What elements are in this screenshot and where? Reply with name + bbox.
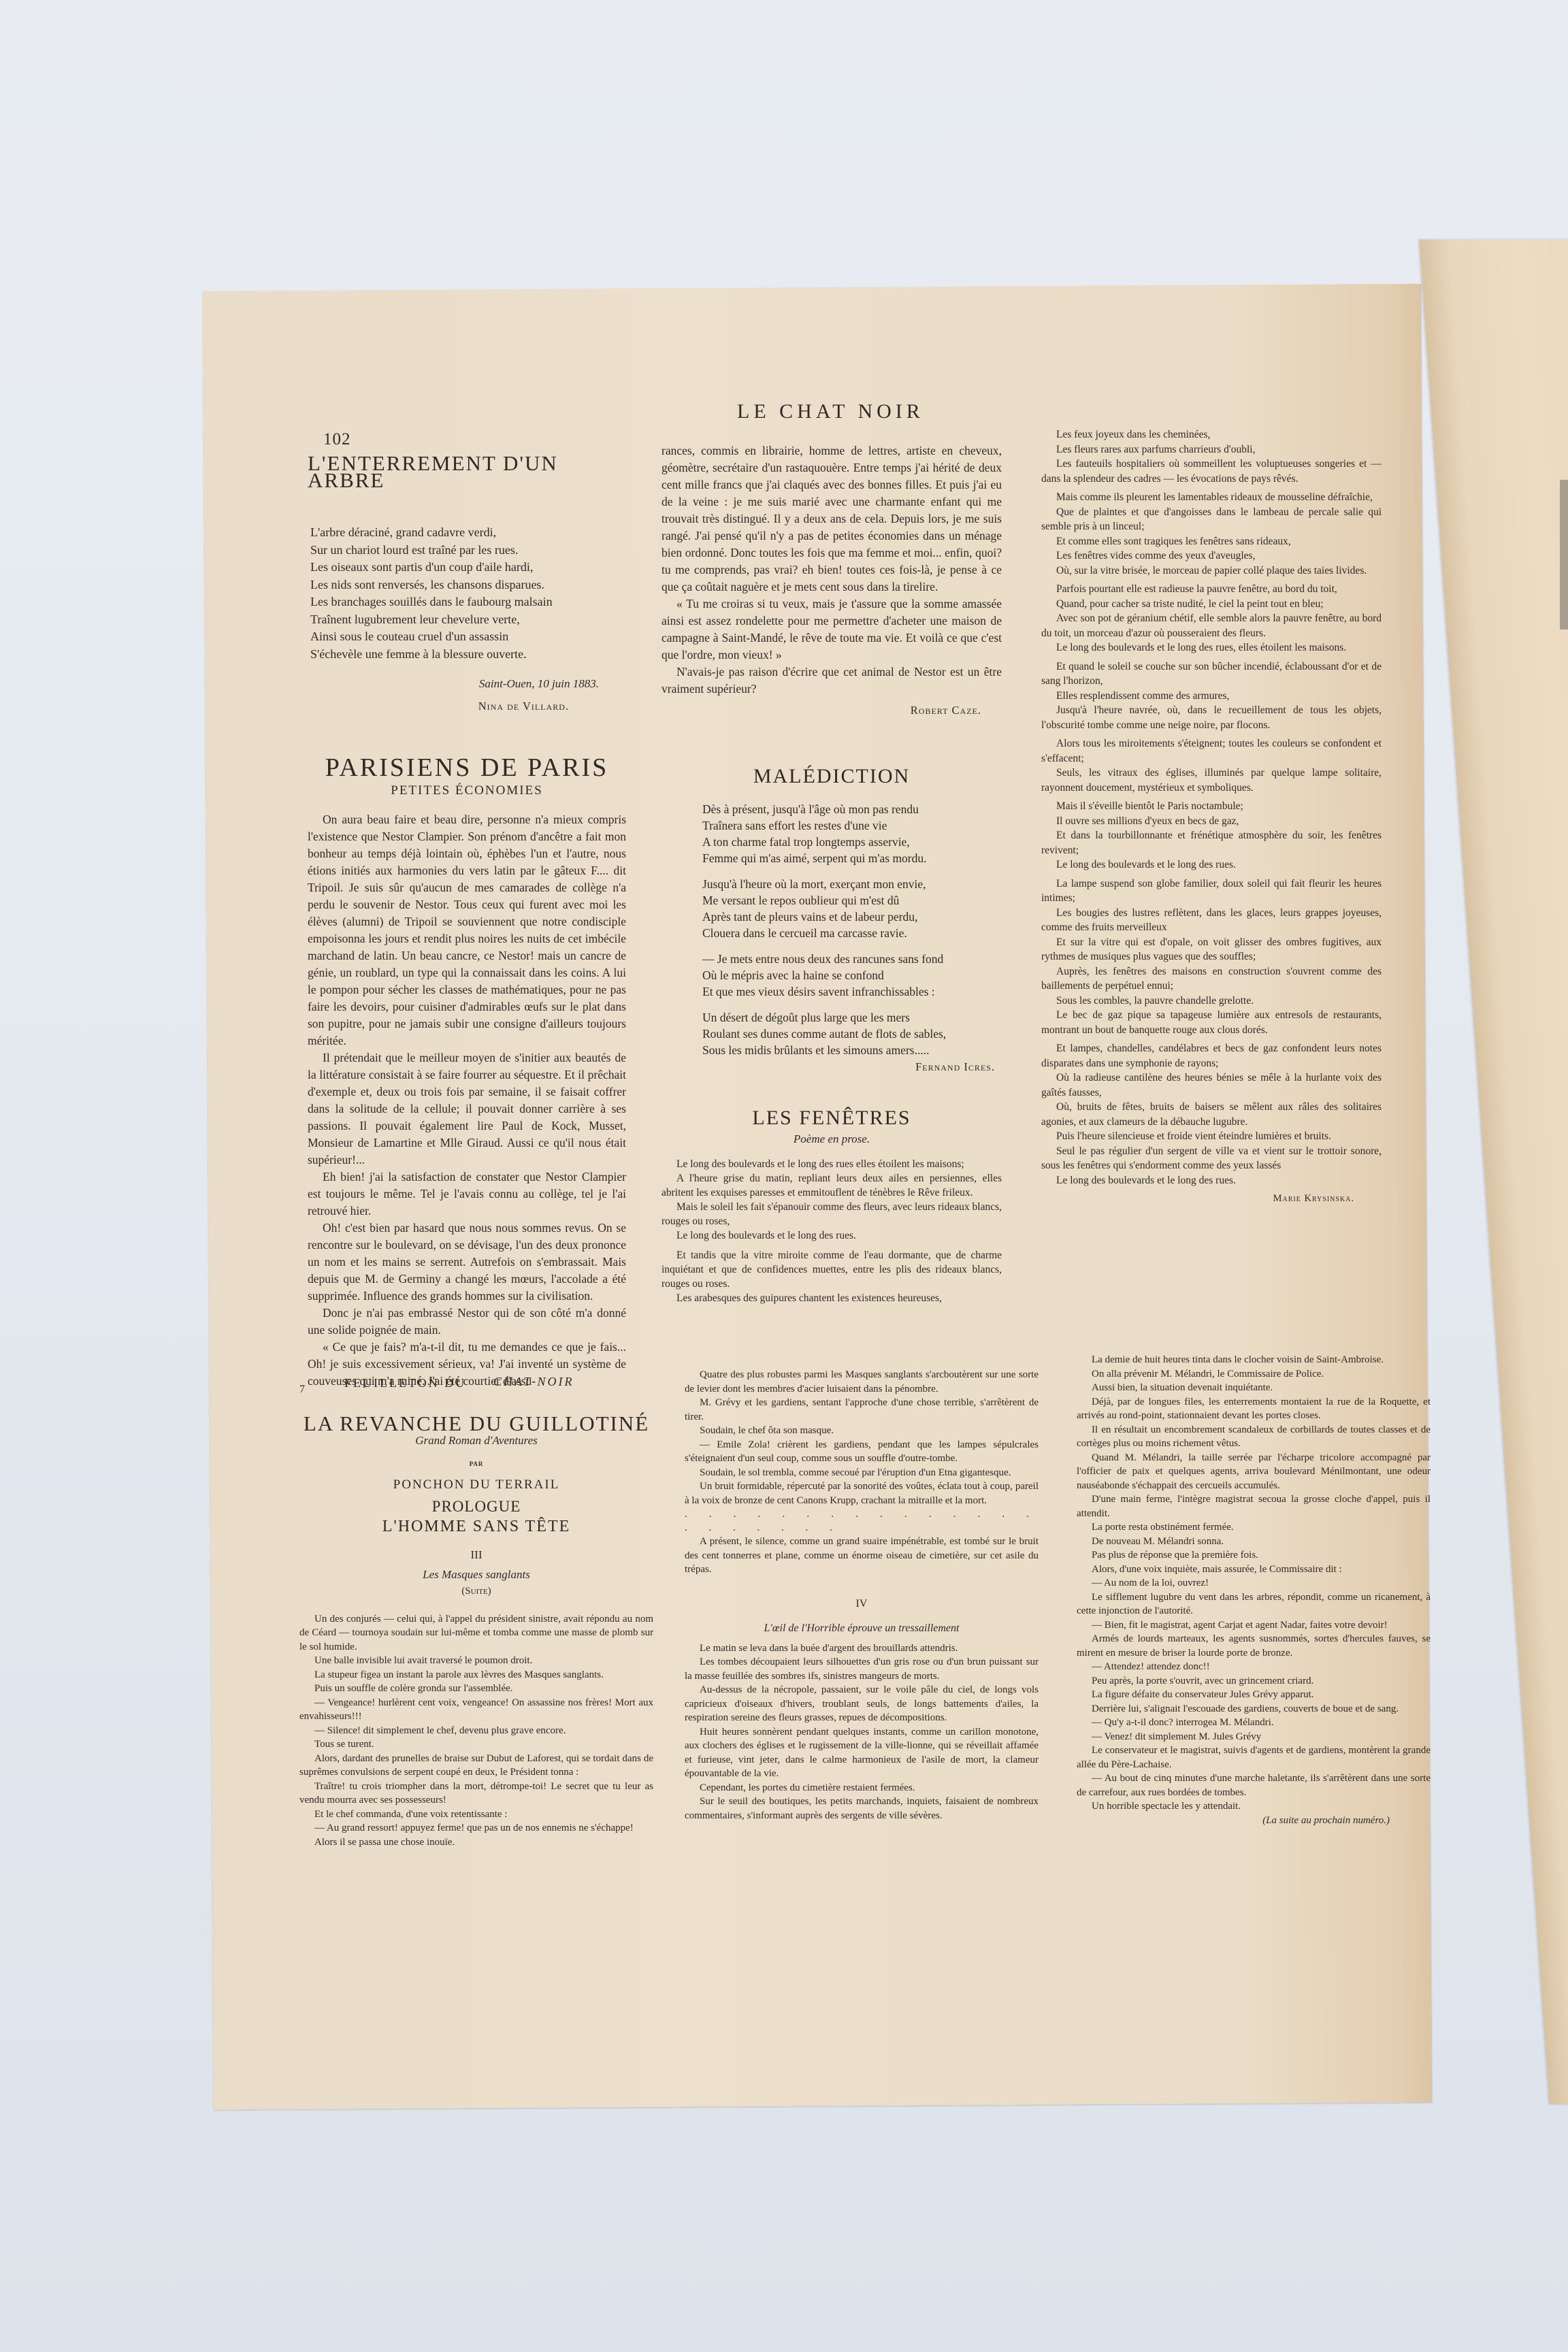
chapter-4-title: L'œil de l'Horrible éprouve un tressaill… bbox=[685, 1622, 1039, 1636]
story-paragraph: Pas plus de réponse que la première fois… bbox=[1077, 1548, 1431, 1563]
poem-line: S'échevèle une femme à la blessure ouver… bbox=[310, 646, 626, 664]
arbre-poem: L'arbre déraciné, grand cadavre verdi, S… bbox=[310, 524, 626, 663]
article-paragraph: Eh bien! j'ai la satisfaction de constat… bbox=[308, 1169, 626, 1220]
feuilleton-par: PAR bbox=[299, 1457, 653, 1471]
story-paragraph: — Au grand ressort! appuyez ferme! que p… bbox=[299, 1821, 653, 1835]
prose-line: Quand, pour cacher sa triste nudité, le … bbox=[1041, 597, 1382, 612]
prose-line: Auprès, les fenêtres des maisons en cons… bbox=[1041, 964, 1382, 994]
prose-line: Parfois pourtant elle est radieuse la pa… bbox=[1041, 582, 1382, 597]
prose-line: Les fenêtres vides comme des yeux d'aveu… bbox=[1041, 549, 1382, 563]
story-paragraph: Aussi bien, la situation devenait inquié… bbox=[1077, 1381, 1431, 1395]
prose-line: Le long des boulevards et le long des ru… bbox=[1041, 857, 1382, 872]
prose-line: A l'heure grise du matin, repliant leurs… bbox=[661, 1171, 1002, 1200]
article-paragraph: On aura beau faire et beau dire, personn… bbox=[308, 811, 626, 1049]
column-1-top: L'ENTERREMENT D'UN ARBRE L'arbre déracin… bbox=[308, 455, 626, 1390]
feuilleton-number: 7 bbox=[299, 1383, 305, 1397]
story-paragraph: — Attendez! attendez donc!! bbox=[1077, 1660, 1431, 1674]
prose-line: Et dans la tourbillonnante et frénétique… bbox=[1041, 828, 1382, 857]
prose-line: Les fauteuils hospitaliers où sommeillen… bbox=[1041, 457, 1382, 486]
story-paragraph: A présent, le silence, comme un grand su… bbox=[685, 1535, 1039, 1577]
chapter-3-suite: (Suite) bbox=[299, 1584, 653, 1599]
story-paragraph: — Venez! dit simplement M. Jules Grévy bbox=[1077, 1730, 1431, 1744]
poem-line: Femme qui m'as aimé, serpent qui m'as mo… bbox=[702, 850, 1002, 866]
fenetres-subtitle: Poème en prose. bbox=[661, 1130, 1002, 1147]
article-paragraph: « Tu me croiras si tu veux, mais je t'as… bbox=[661, 595, 1002, 664]
poem-line: Traînera sans effort les restes d'une vi… bbox=[702, 817, 1002, 834]
prose-line: Et lampes, chandelles, candélabres et be… bbox=[1041, 1041, 1382, 1071]
fenetres-text-col2: Le long des boulevards et le long des ru… bbox=[661, 1157, 1002, 1305]
story-paragraph: — Emile Zola! crièrent les gardiens, pen… bbox=[685, 1438, 1039, 1466]
poem-line: Ainsi sous le couteau cruel d'un assassi… bbox=[310, 628, 626, 646]
poem-line: Roulant ses dunes comme autant de flots … bbox=[702, 1026, 1002, 1042]
prose-line: Où, sur la vitre brisée, le morceau de p… bbox=[1041, 563, 1382, 578]
prose-line: Le long des boulevards et le long des ru… bbox=[1041, 640, 1382, 655]
prose-line: Les bougies des lustres reflètent, dans … bbox=[1041, 906, 1382, 935]
story-paragraph: Derrière lui, s'alignait l'escouade des … bbox=[1077, 1702, 1431, 1716]
prose-line: Mais le soleil les fait s'épanouir comme… bbox=[661, 1200, 1002, 1228]
story-paragraph: — Qu'y a-t-il donc? interrogea M. Méland… bbox=[1077, 1716, 1431, 1730]
fenetres-title: LES FENÊTRES bbox=[661, 1109, 1002, 1126]
feuilleton-column-3: La demie de huit heures tinta dans le cl… bbox=[1077, 1353, 1431, 1827]
article-paragraph: Il prétendait que le meilleur moyen de s… bbox=[308, 1049, 626, 1169]
story-paragraph: Cependant, les portes du cimetière resta… bbox=[685, 1781, 1039, 1795]
prose-line: Les fleurs rares aux parfums charrieurs … bbox=[1041, 442, 1382, 457]
story-paragraph: Traître! tu crois triompher dans la mort… bbox=[299, 1780, 653, 1808]
feuilleton-author: PONCHON DU TERRAIL bbox=[299, 1478, 653, 1492]
poem-line: — Je mets entre nous deux des rancunes s… bbox=[702, 951, 1002, 967]
prose-line: Les arabesques des guipures chantent les… bbox=[661, 1291, 1002, 1305]
prose-line: Et tandis que la vitre miroite comme de … bbox=[661, 1248, 1002, 1291]
story-paragraph: Armés de lourds marteaux, les agents sus… bbox=[1077, 1632, 1431, 1660]
article-paragraph: Oh! c'est bien par hasard que nous nous … bbox=[308, 1220, 626, 1305]
poem-line: Sous les midis brûlants et les simouns a… bbox=[702, 1042, 1002, 1058]
prose-line: Sous les combles, la pauvre chandelle gr… bbox=[1041, 994, 1382, 1009]
page-number: 102 bbox=[323, 430, 351, 449]
facing-page-print-mark bbox=[1560, 480, 1568, 630]
story-paragraph: Un des conjurés — celui qui, à l'appel d… bbox=[299, 1612, 653, 1654]
story-paragraph: De nouveau M. Mélandri sonna. bbox=[1077, 1535, 1431, 1549]
feuilleton-header-prefix: FEUILLETON DU bbox=[344, 1376, 466, 1390]
malediction-title: MALÉDICTION bbox=[661, 768, 1002, 785]
story-paragraph: Un bruit formidable, répercuté par la so… bbox=[685, 1480, 1039, 1507]
feuilleton-header: 7 FEUILLETON DU CHAT NOIR bbox=[299, 1376, 653, 1399]
poem-line: Un désert de dégoût plus large que les m… bbox=[702, 1009, 1002, 1026]
feuilleton-column-1: 7 FEUILLETON DU CHAT NOIR LA REVANCHE DU… bbox=[299, 1376, 653, 1849]
story-paragraph: Alors, dardant des prunelles de braise s… bbox=[299, 1752, 653, 1780]
story-paragraph: Quand M. Mélandri, la taille serrée par … bbox=[1077, 1451, 1431, 1493]
story-paragraph: Sur le seuil des boutiques, les petits m… bbox=[685, 1795, 1039, 1823]
story-paragraph: Le sifflement lugubre du vent dans les a… bbox=[1077, 1590, 1431, 1618]
arbre-date: Saint-Ouen, 10 juin 1883. bbox=[308, 675, 599, 692]
story-paragraph: La porte resta obstinément fermée. bbox=[1077, 1520, 1431, 1535]
prose-line: Et quand le soleil se couche sur son bûc… bbox=[1041, 659, 1382, 689]
story-paragraph: — Au nom de la loi, ouvrez! bbox=[1077, 1576, 1431, 1590]
prose-line: Mais il s'éveille bientôt le Paris nocta… bbox=[1041, 799, 1382, 814]
story-paragraph: Un horrible spectacle les y attendait. bbox=[1077, 1799, 1431, 1814]
story-paragraph: — Silence! dit simplement le chef, deven… bbox=[299, 1724, 653, 1738]
prose-line: Où, bruits de fêtes, bruits de baisers s… bbox=[1041, 1100, 1382, 1129]
prose-line: Mais comme ils pleurent les lamentables … bbox=[1041, 490, 1382, 505]
story-paragraph: — Au bout de cinq minutes d'une marche h… bbox=[1077, 1771, 1431, 1799]
article-paragraph: rances, commis en librairie, homme de le… bbox=[661, 442, 1002, 595]
malediction-author: Fernand Icres. bbox=[661, 1058, 995, 1075]
prose-line: Alors tous les miroitements s'éteignent;… bbox=[1041, 736, 1382, 766]
prose-line: Et sur la vitre qui est d'opale, on voit… bbox=[1041, 935, 1382, 964]
story-paragraph: Le conservateur et le magistrat, suivis … bbox=[1077, 1744, 1431, 1771]
facing-page-edge bbox=[1420, 240, 1568, 2104]
prose-line: Puis l'heure silencieuse et froide vient… bbox=[1041, 1129, 1382, 1144]
prose-line: Seuls, les vitraux des églises, illuminé… bbox=[1041, 766, 1382, 795]
story-paragraph: Il en résultait un encombrement scandale… bbox=[1077, 1423, 1431, 1451]
story-paragraph: D'une main ferme, l'intègre magistrat se… bbox=[1077, 1492, 1431, 1520]
prose-line: Et comme elles sont tragiques les fenêtr… bbox=[1041, 534, 1382, 549]
prose-line: Le long des boulevards et le long des ru… bbox=[1041, 1173, 1382, 1188]
poem-line: Dès à présent, jusqu'à l'âge où mon pas … bbox=[702, 801, 1002, 817]
story-paragraph: Alors, d'une voix inquiète, mais assurée… bbox=[1077, 1563, 1431, 1577]
malediction-poem: Dès à présent, jusqu'à l'âge où mon pas … bbox=[702, 801, 1002, 1058]
article-paragraph: N'avais-je pas raison d'écrire que cet a… bbox=[661, 664, 1002, 698]
prose-line: Avec son pot de géranium chétif, elle se… bbox=[1041, 611, 1382, 640]
article-paragraph: Donc je n'ai pas embrassé Nestor qui de … bbox=[308, 1305, 626, 1339]
poem-line: L'arbre déraciné, grand cadavre verdi, bbox=[310, 524, 626, 542]
story-paragraph: Et le chef commanda, d'une voix retentis… bbox=[299, 1808, 653, 1822]
prose-line: Elles resplendissent comme des armures, bbox=[1041, 689, 1382, 704]
poem-line: Après tant de pleurs vains et de labeur … bbox=[702, 909, 1002, 925]
column-3-top: Les feux joyeux dans les cheminées, Les … bbox=[1041, 427, 1382, 1207]
prose-line: Où la radieuse cantilène des heures béni… bbox=[1041, 1071, 1382, 1100]
column-2-top: rances, commis en librairie, homme de le… bbox=[661, 442, 1002, 1305]
prose-line: Il ouvre ses millions d'yeux en becs de … bbox=[1041, 814, 1382, 829]
arbre-author: Nina de Villard. bbox=[308, 698, 569, 715]
poem-line: Sur un chariot lourd est traîné par les … bbox=[310, 542, 626, 559]
poem-line: Les oiseaux sont partis d'un coup d'aile… bbox=[310, 559, 626, 576]
poem-line: A ton charme fatal trop longtemps asserv… bbox=[702, 834, 1002, 850]
story-paragraph: La stupeur figea un instant la parole au… bbox=[299, 1668, 653, 1682]
feuilleton-column-2: Quatre des plus robustes parmi les Masqu… bbox=[685, 1368, 1039, 1823]
parisiens-subtitle: PETITES ÉCONOMIES bbox=[308, 782, 626, 799]
feuilleton-header-title: CHAT NOIR bbox=[493, 1375, 574, 1389]
poem-line: Traînent lugubrement leur chevelure vert… bbox=[310, 611, 626, 629]
feuilleton-part-title: L'HOMME SANS TÊTE bbox=[299, 1520, 653, 1534]
story-paragraph: Le matin se leva dans la buée d'argent d… bbox=[685, 1641, 1039, 1656]
story-paragraph: Huit heures sonnèrent pendant quelques i… bbox=[685, 1725, 1039, 1781]
prose-line: La lampe suspend son globe familier, dou… bbox=[1041, 877, 1382, 906]
prose-line: Le long des boulevards et le long des ru… bbox=[661, 1157, 1002, 1171]
story-paragraph: La figure défaite du conservateur Jules … bbox=[1077, 1688, 1431, 1702]
story-paragraph: Les tombes découpaient leurs silhouettes… bbox=[685, 1655, 1039, 1683]
prose-line: Les feux joyeux dans les cheminées, bbox=[1041, 427, 1382, 442]
poem-line: Clouera dans le cercueil ma carcasse rav… bbox=[702, 925, 1002, 941]
story-paragraph: — Vengeance! hurlèrent cent voix, vengea… bbox=[299, 1696, 653, 1724]
poem-line: Les nids sont renversés, les chansons di… bbox=[310, 576, 626, 594]
section-dots: . . . . . . . . . . . . . . . . . . . . … bbox=[685, 1507, 1039, 1535]
poem-line: Et que mes vieux désirs savent infranchi… bbox=[702, 983, 1002, 1000]
prose-line: Que de plaintes et que d'angoisses dans … bbox=[1041, 505, 1382, 534]
story-paragraph: Peu après, la porte s'ouvrit, avec un gr… bbox=[1077, 1674, 1431, 1688]
poem-line: Où le mépris avec la haine se confond bbox=[702, 967, 1002, 983]
prose-line: Seul le pas régulier d'un sergent de vil… bbox=[1041, 1144, 1382, 1173]
story-paragraph: Une balle invisible lui avait traversé l… bbox=[299, 1654, 653, 1668]
story-paragraph: — Bien, fit le magistrat, agent Carjat e… bbox=[1077, 1618, 1431, 1633]
parisiens-author: Robert Caze. bbox=[661, 702, 981, 719]
chapter-3-numeral: III bbox=[299, 1548, 653, 1563]
poem-line: Me versant le repos oublieur qui m'est d… bbox=[702, 892, 1002, 909]
prose-line: Le long des boulevards et le long des ru… bbox=[661, 1228, 1002, 1243]
parisiens-title: PARISIENS DE PARIS bbox=[308, 759, 626, 777]
story-paragraph: Déjà, par de longues files, les enterrem… bbox=[1077, 1395, 1431, 1423]
poem-line: Jusqu'à l'heure où la mort, exerçant mon… bbox=[702, 876, 1002, 892]
story-paragraph: La demie de huit heures tinta dans le cl… bbox=[1077, 1353, 1431, 1367]
prose-line: Jusqu'à l'heure navrée, où, dans le recu… bbox=[1041, 703, 1382, 732]
feuilleton-part: PROLOGUE bbox=[299, 1500, 653, 1514]
fenetres-author: Marie Krysinska. bbox=[1041, 1192, 1354, 1207]
story-paragraph: Au-dessus de la nécropole, passaient, su… bbox=[685, 1683, 1039, 1725]
story-paragraph: Soudain, le chef ôta son masque. bbox=[685, 1424, 1039, 1438]
arbre-title: L'ENTERREMENT D'UN ARBRE bbox=[308, 455, 626, 489]
to-be-continued: (La suite au prochain numéro.) bbox=[1077, 1814, 1390, 1828]
story-paragraph: Tous se turent. bbox=[299, 1737, 653, 1752]
prose-line: Le bec de gaz pique sa tapageuse lumière… bbox=[1041, 1008, 1382, 1037]
feuilleton-genre: Grand Roman d'Aventures bbox=[299, 1434, 653, 1448]
chapter-4-numeral: IV bbox=[685, 1597, 1039, 1612]
story-paragraph: Puis un souffle de colère gronda sur l'a… bbox=[299, 1682, 653, 1696]
masthead: LE CHAT NOIR bbox=[737, 400, 924, 423]
feuilleton-title: LA REVANCHE DU GUILLOTINÉ bbox=[299, 1417, 653, 1431]
chapter-3-title: Les Masques sanglants bbox=[299, 1568, 653, 1582]
story-paragraph: Soudain, le sol trembla, comme secoué pa… bbox=[685, 1466, 1039, 1480]
story-paragraph: Quatre des plus robustes parmi les Masqu… bbox=[685, 1368, 1039, 1396]
story-paragraph: M. Grévy et les gardiens, sentant l'appr… bbox=[685, 1396, 1039, 1424]
story-paragraph: On alla prévenir M. Mélandri, le Commiss… bbox=[1077, 1367, 1431, 1382]
story-paragraph: Alors il se passa une chose inouïe. bbox=[299, 1835, 653, 1850]
poem-line: Les branchages souillés dans le faubourg… bbox=[310, 593, 626, 611]
